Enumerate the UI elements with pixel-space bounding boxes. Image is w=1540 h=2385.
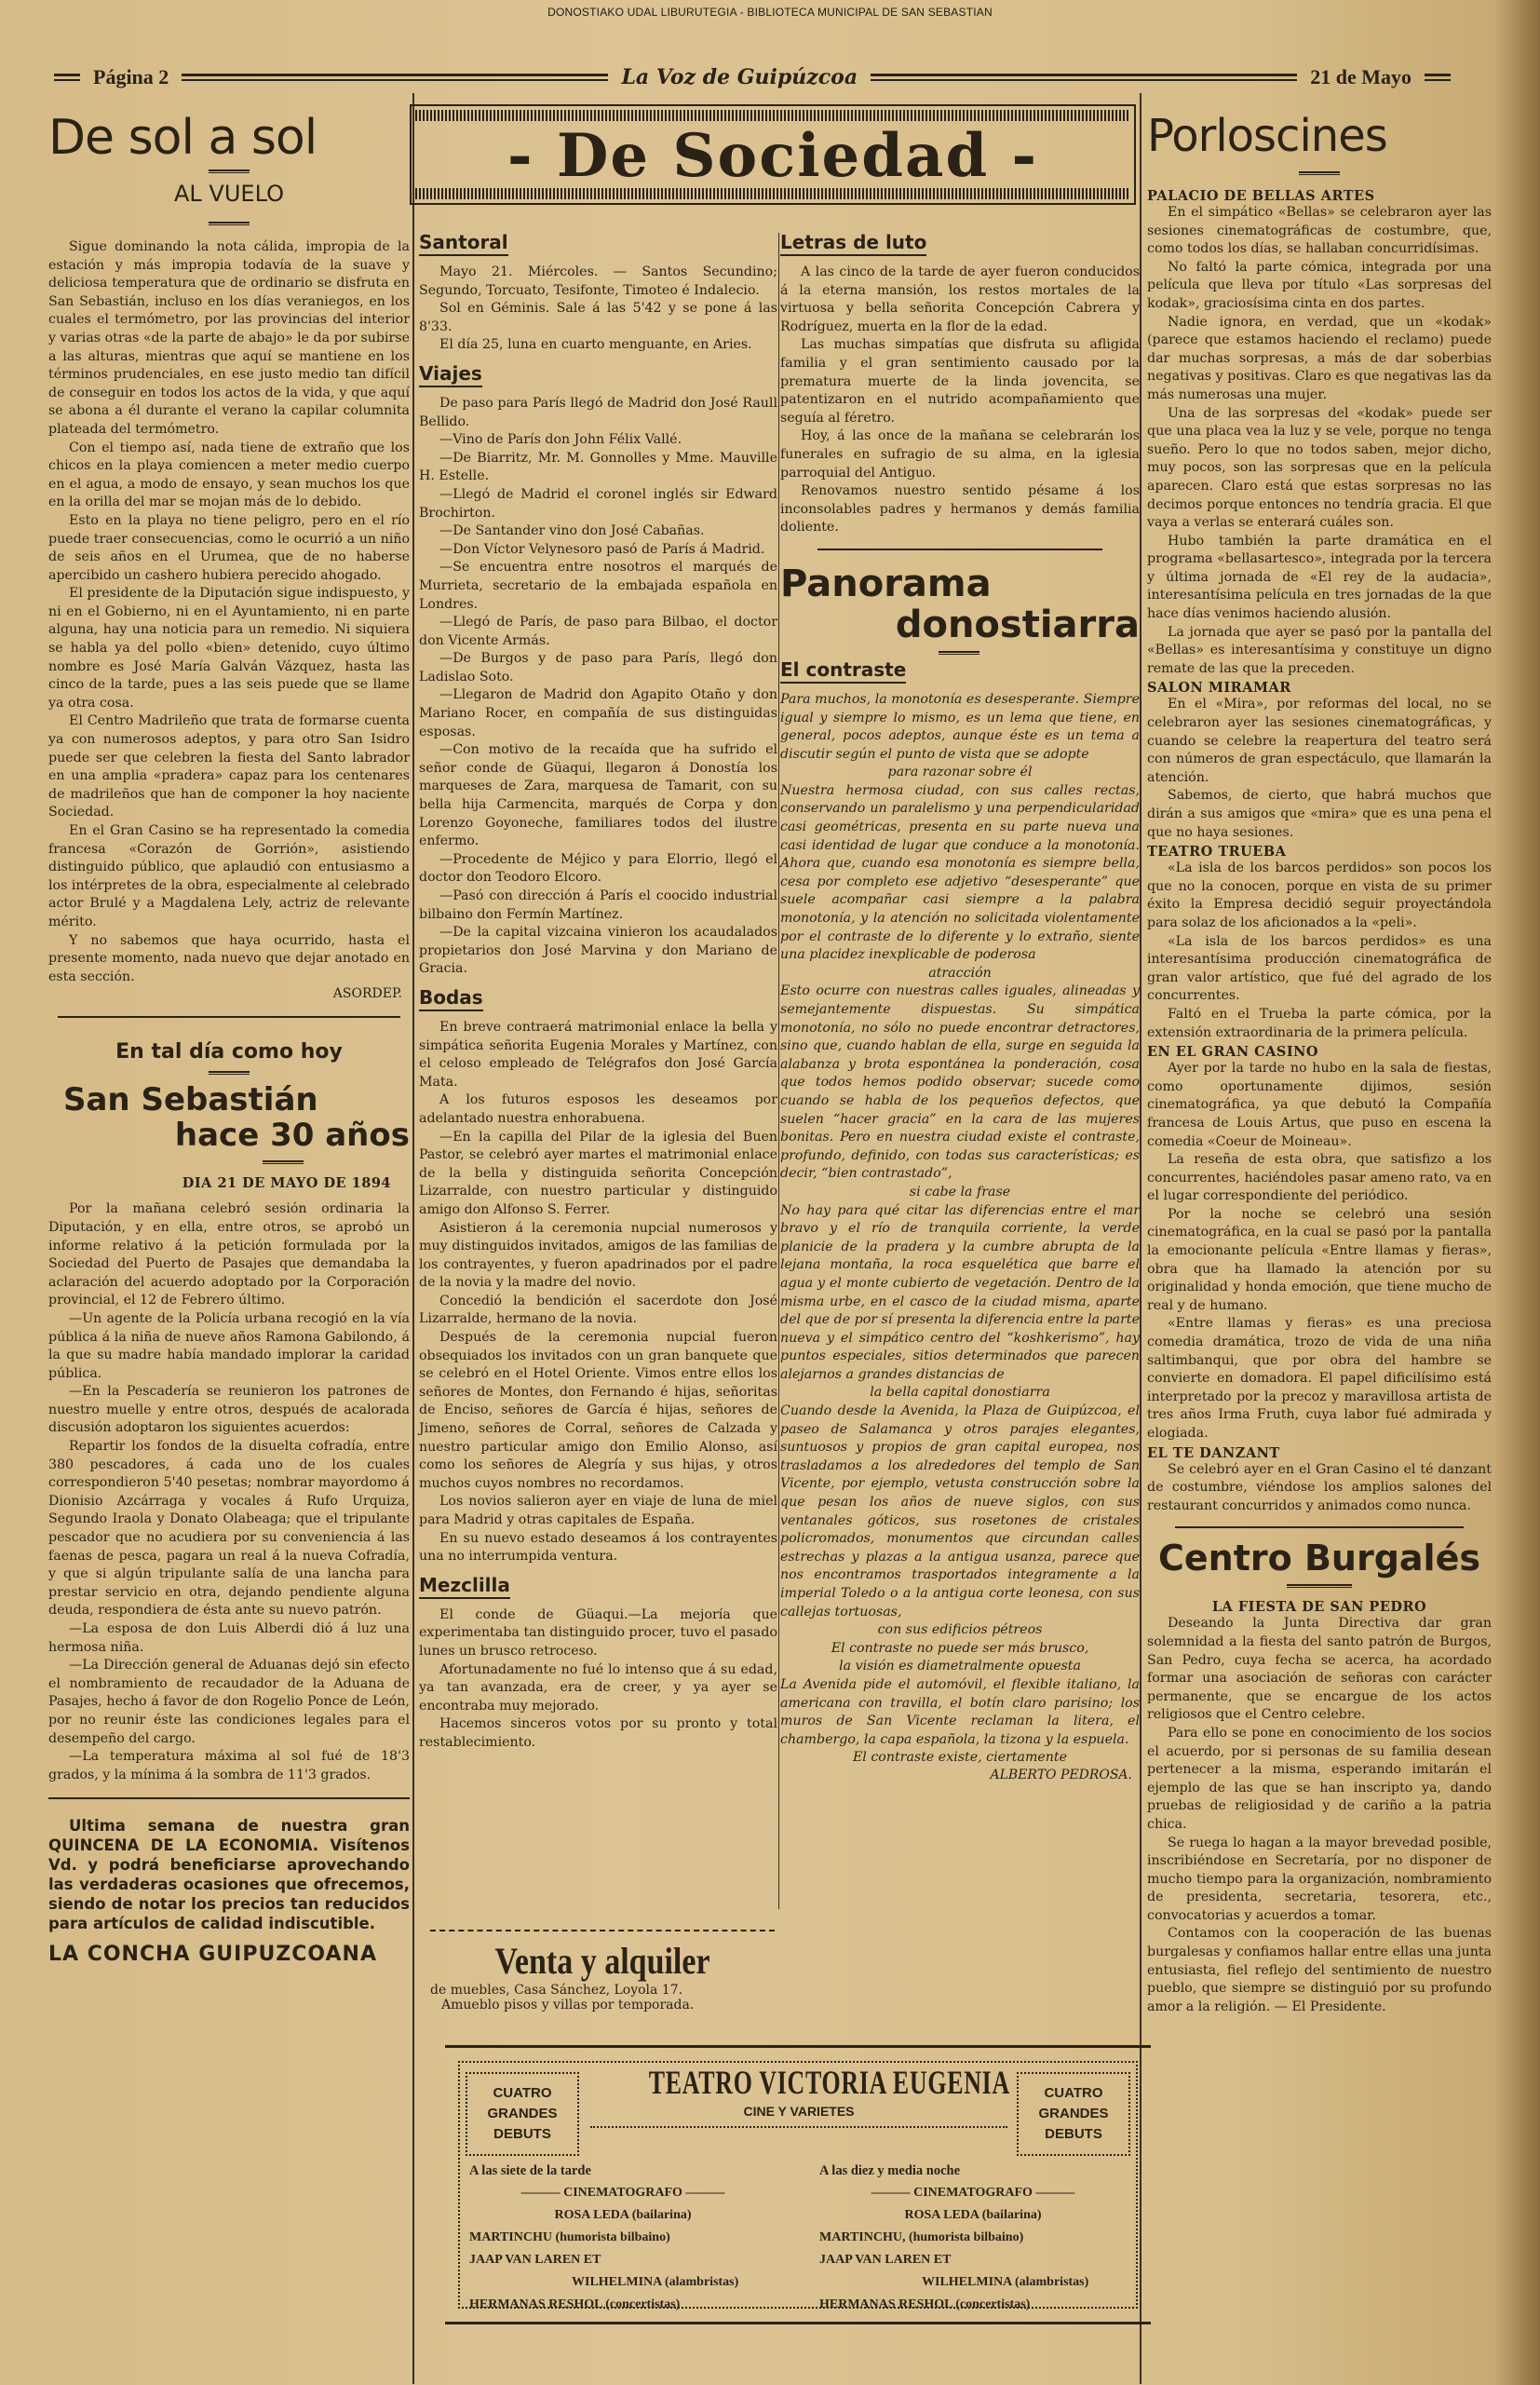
act: WILHELMINA (alambristas)	[819, 2271, 1127, 2294]
program-heading-text: CINEMATOGRAFO	[913, 2186, 1033, 2200]
paragraph: Faltó en el Trueba la parte cómica, por …	[1147, 1006, 1492, 1042]
paragraph: Hubo también la parte dramática en el pr…	[1147, 533, 1492, 624]
paragraph: De paso para París llegó de Madrid don J…	[419, 395, 777, 431]
paragraph: «La isla de los barcos perdidos» son poc…	[1147, 860, 1492, 932]
teatro-victoria-eugenia-ad: CUATRO GRANDES DEBUTS TEATRO VICTORIA EU…	[445, 2045, 1151, 2324]
page-number: Página 2	[93, 65, 169, 89]
paragraph: A las cinco de la tarde de ayer fueron c…	[780, 264, 1140, 336]
heading-santoral: Santoral	[419, 231, 508, 256]
paragraph: —Don Víctor Velynesoro pasó de París á M…	[419, 541, 777, 560]
paragraph: —En la Pescadería se reunieron los patro…	[48, 1383, 410, 1438]
paragraph: Y no sabemos que haya ocurrido, hasta el…	[48, 932, 410, 987]
rule	[54, 74, 80, 81]
act: JAAP VAN LAREN ET	[819, 2249, 1127, 2271]
burgales-subheading: LA FIESTA DE SAN PEDRO	[1147, 1599, 1492, 1615]
paragraph: Se celebró ayer en el Gran Casino el té …	[1147, 1461, 1492, 1516]
paragraph: —Vino de París don John Félix Vallé.	[419, 431, 777, 450]
panorama-title-2: donostiarra	[780, 604, 1140, 645]
paragraph: A los futuros esposos les deseamos por a…	[419, 1091, 777, 1128]
paragraph: Mayo 21. Miércoles. — Santos Secundino; …	[419, 264, 777, 300]
paragraph: —La esposa de don Luis Alberdi dió á luz…	[48, 1620, 410, 1657]
paragraph: —Se encuentra entre nosotros el marqués …	[419, 559, 777, 614]
paragraph: —Un agente de la Policía urbana recogió …	[48, 1310, 410, 1383]
paragraph: Sol en Géminis. Sale á las 5'42 y se pon…	[419, 300, 777, 336]
divider	[58, 1016, 400, 1018]
paragraph: Las muchas simpatías que disfruta su afl…	[780, 336, 1140, 427]
cinema-heading: TEATRO TRUEBA	[1147, 844, 1492, 860]
column-sociedad-right: Letras de luto A las cinco de la tarde d…	[780, 224, 1140, 1782]
burgales-title: Centro Burgalés	[1147, 1538, 1492, 1579]
heading-viajes: Viajes	[419, 362, 482, 387]
paragraph: Por la mañana celebró sesión ordinaria l…	[48, 1200, 410, 1310]
cinema-heading: SALON MIRAMAR	[1147, 680, 1492, 696]
act: WILHELMINA (alambristas)	[469, 2271, 777, 2294]
paragraph-tail: El contraste existe, ciertamente	[780, 1749, 1140, 1768]
program-heading: ——— CINEMATOGRAFO ———	[469, 2182, 777, 2204]
paragraph: En su nuevo estado deseamos á los contra…	[419, 1530, 777, 1566]
act: HERMANAS RESHOL (concertistas)	[819, 2294, 1127, 2316]
paragraph: La Avenida pide el automóvil, el flexibl…	[780, 1676, 1140, 1749]
rule	[182, 74, 608, 81]
act: MARTINCHU (humorista bilbaino)	[469, 2227, 777, 2249]
rule	[871, 74, 1297, 81]
paragraph: —De Burgos y de paso para París, llegó d…	[419, 650, 777, 686]
paragraph: Nadie ignora, en verdad, que un «kodak» …	[1147, 314, 1492, 405]
section-title: De sol a sol	[48, 114, 410, 162]
paragraph: La jornada que ayer se pasó por la panta…	[1147, 624, 1492, 679]
paragraph: —La Dirección general de Aduanas dejó si…	[48, 1657, 410, 1748]
venta-ad: Venta y alquiler de muebles, Casa Sánche…	[430, 1930, 775, 2012]
paragraph: Cuando desde la Avenida, la Plaza de Gui…	[780, 1403, 1140, 1621]
paragraph: —De Biarritz, Mr. M. Gonnolles y Mme. Ma…	[419, 450, 777, 486]
ad-title-block: TEATRO VICTORIA EUGENIA CINE Y VARIETES	[590, 2063, 1007, 2128]
theatre-subtitle: CINE Y VARIETES	[590, 2104, 1007, 2119]
paragraph-tail: con sus edificios pétreos	[780, 1621, 1140, 1640]
paragraph: Repartir los fondos de la disuelta cofra…	[48, 1438, 410, 1620]
program-early: A las siete de la tarde ——— CINEMATOGRAF…	[469, 2160, 777, 2316]
ornament	[209, 222, 250, 225]
showtime: A las diez y media noche	[819, 2160, 1127, 2182]
paragraph: Esto en la playa no tiene peligro, pero …	[48, 512, 410, 585]
divider	[48, 1797, 410, 1799]
paragraph: Con el tiempo así, nada tiene de extraño…	[48, 440, 410, 512]
paragraph: —Llegaron de Madrid don Agapito Otaño y …	[419, 686, 777, 741]
paragraph: Sigue dominando la nota cálida, impropia…	[48, 238, 410, 440]
paragraph: Hacemos sinceros votos por su pronto y t…	[419, 1715, 777, 1752]
paragraph: —De la capital vizcaina vinieron los aca…	[419, 924, 777, 979]
paragraph: «Entre llamas y fieras» es una preciosa …	[1147, 1315, 1492, 1443]
column-de-sol-a-sol: De sol a sol AL VUELO Sigue dominando la…	[48, 93, 410, 1966]
ad-side-right: CUATRO GRANDES DEBUTS	[1017, 2072, 1130, 2156]
issue-date: 21 de Mayo	[1310, 65, 1412, 89]
advertisement-brand: LA CONCHA GUIPUZCOANA	[48, 1943, 410, 1966]
paragraph: Asistieron á la ceremonia nupcial numero…	[419, 1220, 777, 1293]
ornament	[1299, 171, 1340, 175]
side-text: CUATRO GRANDES	[1022, 2083, 1125, 2124]
act: JAAP VAN LAREN ET	[469, 2249, 777, 2271]
paragraph: —Llegó de París, de paso para Bilbao, el…	[419, 614, 777, 650]
divider	[817, 549, 1102, 550]
contraste-article: Para muchos, la monotonía es desesperant…	[780, 691, 1140, 1768]
heading-contraste: El contraste	[780, 658, 906, 684]
side-text: DEBUTS	[471, 2124, 574, 2145]
paragraph: El Centro Madrileño que trata de formars…	[48, 712, 410, 822]
paragraph: En el simpático «Bellas» se celebraron a…	[1147, 204, 1492, 259]
paragraph: —Con motivo de la recaída que ha sufrido…	[419, 741, 777, 851]
cinema-heading: EL TE DANZANT	[1147, 1445, 1492, 1461]
paragraph: Esto ocurre con nuestras calles iguales,…	[780, 982, 1140, 1184]
paragraph: El conde de Güaqui.—La mejoría que exper…	[419, 1606, 777, 1661]
section-title: Porloscines	[1147, 114, 1492, 158]
program-late: A las diez y media noche ——— CINEMATOGRA…	[819, 2160, 1127, 2316]
heading-bodas: Bodas	[419, 986, 483, 1011]
archive-banner: DONOSTIAKO UDAL LIBURUTEGIA - BIBLIOTECA…	[0, 6, 1540, 19]
column-divider	[778, 233, 779, 1909]
ad-side-left: CUATRO GRANDES DEBUTS	[466, 2072, 579, 2156]
column-por-los-cines: Porloscines PALACIO DE BELLAS ARTES En e…	[1147, 93, 1492, 2016]
sociedad-header: - De Sociedad -	[410, 104, 1136, 205]
signature: ASORDEP.	[48, 986, 410, 1001]
paragraph: Sabemos, de cierto, que habrá muchos que…	[1147, 787, 1492, 842]
paragraph: No hay para qué citar las diferencias en…	[780, 1202, 1140, 1385]
paragraph: El contraste no puede ser más brusco,	[780, 1640, 1140, 1659]
paragraph: En el «Mira», por reformas del local, no…	[1147, 696, 1492, 787]
cinema-heading: PALACIO DE BELLAS ARTES	[1147, 188, 1492, 204]
paragraph: Renovamos nuestro sentido pésame á los i…	[780, 482, 1140, 537]
heading-mezclilla: Mezclilla	[419, 1574, 510, 1599]
side-text: CUATRO GRANDES	[471, 2083, 574, 2124]
paragraph: «La isla de los barcos perdidos» es una …	[1147, 933, 1492, 1006]
ornament	[209, 1071, 250, 1075]
paragraph: Afortunadamente no fué lo intenso que á …	[419, 1661, 777, 1716]
ad-frame: CUATRO GRANDES DEBUTS TEATRO VICTORIA EU…	[458, 2061, 1138, 2309]
act: ROSA LEDA (bailarina)	[819, 2204, 1127, 2227]
paragraph-tail: si cabe la frase	[780, 1184, 1140, 1202]
ornament	[209, 169, 250, 173]
paragraph: Ayer por la tarde no hubo en la sala de …	[1147, 1060, 1492, 1151]
side-text: DEBUTS	[1022, 2124, 1125, 2145]
divider	[1175, 1526, 1464, 1528]
newspaper-name: La Voz de Guipúzcoa	[621, 65, 858, 89]
paragraph: Se ruega lo hagan a la mayor brevedad po…	[1147, 1835, 1492, 1926]
ornament	[1287, 1584, 1352, 1588]
masthead: Página 2 La Voz de Guipúzcoa 21 de Mayo	[54, 63, 1451, 91]
paragraph: Para muchos, la monotonía es desesperant…	[780, 691, 1140, 764]
paragraph: Hoy, á las once de la mañana se celebrar…	[780, 427, 1140, 482]
paragraph-tail: la bella capital donostiarra	[780, 1384, 1140, 1403]
paragraph: Después de la ceremonia nupcial fueron o…	[419, 1329, 777, 1493]
showtime: A las siete de la tarde	[469, 2160, 777, 2182]
paragraph: —En la capilla del Pilar de la iglesia d…	[419, 1129, 777, 1220]
program-heading: ——— CINEMATOGRAFO ———	[819, 2182, 1127, 2204]
program-heading-text: CINEMATOGRAFO	[563, 2186, 682, 2200]
venta-line: de muebles, Casa Sánchez, Loyola 17.	[430, 1983, 775, 1998]
paragraph-tail: la visión es diametralmente opuesta	[780, 1658, 1140, 1676]
kicker: En tal día como hoy	[48, 1040, 410, 1064]
paragraph: Por la noche se celebró una sesión cinem…	[1147, 1206, 1492, 1316]
paragraph: —La temperatura máxima al sol fué de 18'…	[48, 1748, 410, 1784]
advertisement-text: Ultima semana de nuestra gran QUINCENA D…	[48, 1816, 410, 1933]
paragraph: Los novios salieron ayer en viaje de lun…	[419, 1493, 777, 1529]
paragraph: En el Gran Casino se ha representado la …	[48, 822, 410, 932]
panorama-title-1: Panorama	[780, 563, 1140, 604]
venta-title: Venta y alquiler	[456, 1939, 750, 1983]
act: MARTINCHU, (humorista bilbaino)	[819, 2227, 1127, 2249]
subtitle: AL VUELO	[48, 181, 410, 207]
cinema-heading: EN EL GRAN CASINO	[1147, 1044, 1492, 1060]
history-title-1: San Sebastián	[48, 1082, 410, 1118]
paragraph: Una de las sorpresas del «kodak» puede s…	[1147, 405, 1492, 533]
venta-line: Amueblo pisos y villas por temporada.	[430, 1998, 775, 2012]
signature: ALBERTO PEDROSA.	[780, 1768, 1140, 1782]
paragraph: En breve contraerá matrimonial enlace la…	[419, 1019, 777, 1091]
act: ROSA LEDA (bailarina)	[469, 2204, 777, 2227]
paragraph: Contamos con la cooperación de las buena…	[1147, 1925, 1492, 2016]
paragraph: —Procedente de Méjico y para Elorrio, ll…	[419, 851, 777, 888]
theatre-name: TEATRO VICTORIA EUGENIA	[649, 2063, 950, 2102]
paragraph-tail: atracción	[780, 965, 1140, 983]
dateline: DIA 21 DE MAYO DE 1894	[48, 1175, 410, 1191]
column-divider	[412, 93, 414, 2384]
paragraph: No faltó la parte cómica, integrada por …	[1147, 259, 1492, 314]
ornament	[263, 1160, 304, 1164]
paragraph: Deseando la Junta Directiva dar gran sol…	[1147, 1615, 1492, 1725]
act: HERMANAS RESHOL (concertistas)	[469, 2294, 777, 2316]
paragraph: Nuestra hermosa ciudad, con sus calles r…	[780, 782, 1140, 965]
heading-luto: Letras de luto	[780, 231, 926, 256]
history-title-2: hace 30 años	[48, 1118, 410, 1153]
rule	[1425, 74, 1451, 81]
paragraph: —De Santander vino don José Cabañas.	[419, 522, 777, 541]
section-title: - De Sociedad -	[412, 127, 1134, 186]
paragraph: Concedió la bendición el sacerdote don J…	[419, 1293, 777, 1329]
paragraph: Para ello se pone en conocimiento de los…	[1147, 1725, 1492, 1835]
column-sociedad-left: Santoral Mayo 21. Miércoles. — Santos Se…	[419, 224, 777, 1753]
ornament	[939, 651, 979, 655]
paragraph: El día 25, luna en cuarto menguante, en …	[419, 336, 777, 355]
paragraph-tail: para razonar sobre él	[780, 764, 1140, 782]
paragraph: —Pasó con dirección á París el coocido i…	[419, 888, 777, 924]
paragraph: —Llegó de Madrid el coronel inglés sir E…	[419, 486, 777, 522]
paragraph: El presidente de la Diputación sigue ind…	[48, 585, 410, 712]
column-divider	[1140, 93, 1141, 2384]
paragraph: La reseña de esta obra, que satisfizo a …	[1147, 1151, 1492, 1206]
